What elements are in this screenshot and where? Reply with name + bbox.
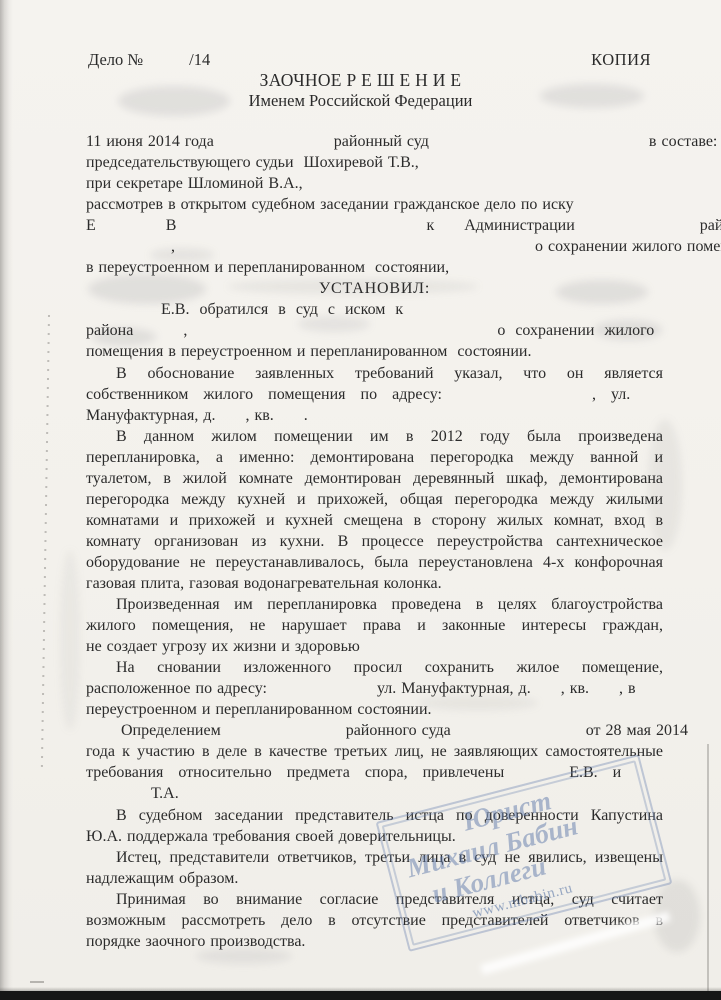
doc-title: ЗАОЧНОЕ Р Е Ш Е Н И Е [0, 70, 721, 91]
doc-line: Произведенная им перепланировка проведен… [86, 594, 663, 615]
doc-line: возможным рассмотреть дело в отсутствие … [86, 910, 663, 931]
doc-line: рассмотрев в открытом судебном заседании… [86, 194, 663, 215]
bleed-through-spot [60, 550, 80, 730]
doc-line: перегородка между кухней и прихожей, общ… [86, 489, 663, 510]
doc-line: Мануфактурная, д. , кв. . [86, 405, 663, 426]
case-number: /14 [189, 50, 210, 70]
copy-stamp: КОПИЯ [591, 50, 651, 70]
doc-line: Е.В. обратился в суд с иском к [86, 299, 663, 320]
doc-line: Определением районного суда от 28 мая 20… [86, 720, 663, 741]
doc-header: Дело № /14 КОПИЯ [88, 50, 651, 70]
doc-line: не создает угрозу их жизни и здоровью [86, 636, 663, 657]
doc-line: газовая плита, газовая водонагревательна… [86, 573, 663, 594]
doc-line: оборудование не переустанавливалось, был… [86, 552, 663, 573]
doc-line: при секретаре Шломиной В.А., [86, 173, 663, 194]
fold-mark [41, 315, 50, 767]
doc-line: жилого помещения, не нарушает права и за… [86, 615, 663, 636]
scanned-court-decision-page: Дело № /14 КОПИЯ ЗАОЧНОЕ Р Е Ш Е Н И Е И… [0, 0, 721, 1000]
doc-line: помещения в переустроенном и перепланиро… [86, 341, 663, 362]
doc-line: туалетом, в жилой комнате демонтирован д… [86, 468, 663, 489]
doc-line: расположенное по адресу: ул. Мануфактурн… [86, 678, 663, 699]
doc-line: Е В к Администрации района [86, 215, 663, 236]
doc-line: комнатами и прихожей и кухней смещена в … [86, 510, 663, 531]
doc-line: комнату организован из кухни. В процессе… [86, 531, 663, 552]
doc-line: района , о сохранении жилого [86, 320, 663, 341]
scan-edge-bottom [0, 991, 721, 1000]
section-heading: УСТАНОВИЛ: [86, 278, 663, 299]
page-edge-right [707, 744, 709, 992]
doc-line: председательствующего судьи Шохиревой Т.… [86, 152, 663, 173]
doc-line: В обоснование заявленных требований указ… [86, 363, 663, 384]
doc-line: В данном жилом помещении им в 2012 году … [86, 426, 663, 447]
doc-subtitle: Именем Российской Федерации [0, 91, 721, 111]
doc-line: собственником жилого помещения по адресу… [86, 384, 663, 405]
scan-edge-left [0, 0, 13, 1000]
doc-line: 11 июня 2014 года районный суд в составе… [86, 131, 663, 152]
doc-line: На сновании изложенного просил сохранить… [86, 657, 663, 678]
doc-line: переустроенном и перепланированном состо… [86, 699, 663, 720]
doc-line: перепланировка, а именно: демонтирована … [86, 447, 663, 468]
case-label: Дело № [88, 50, 143, 70]
scan-speck [30, 981, 44, 983]
doc-line: года к участию в деле в качестве третьих… [86, 741, 663, 762]
doc-line: , о сохранении жилого помещения [86, 236, 663, 257]
doc-line: в переустроенном и перепланированном сос… [86, 257, 663, 278]
